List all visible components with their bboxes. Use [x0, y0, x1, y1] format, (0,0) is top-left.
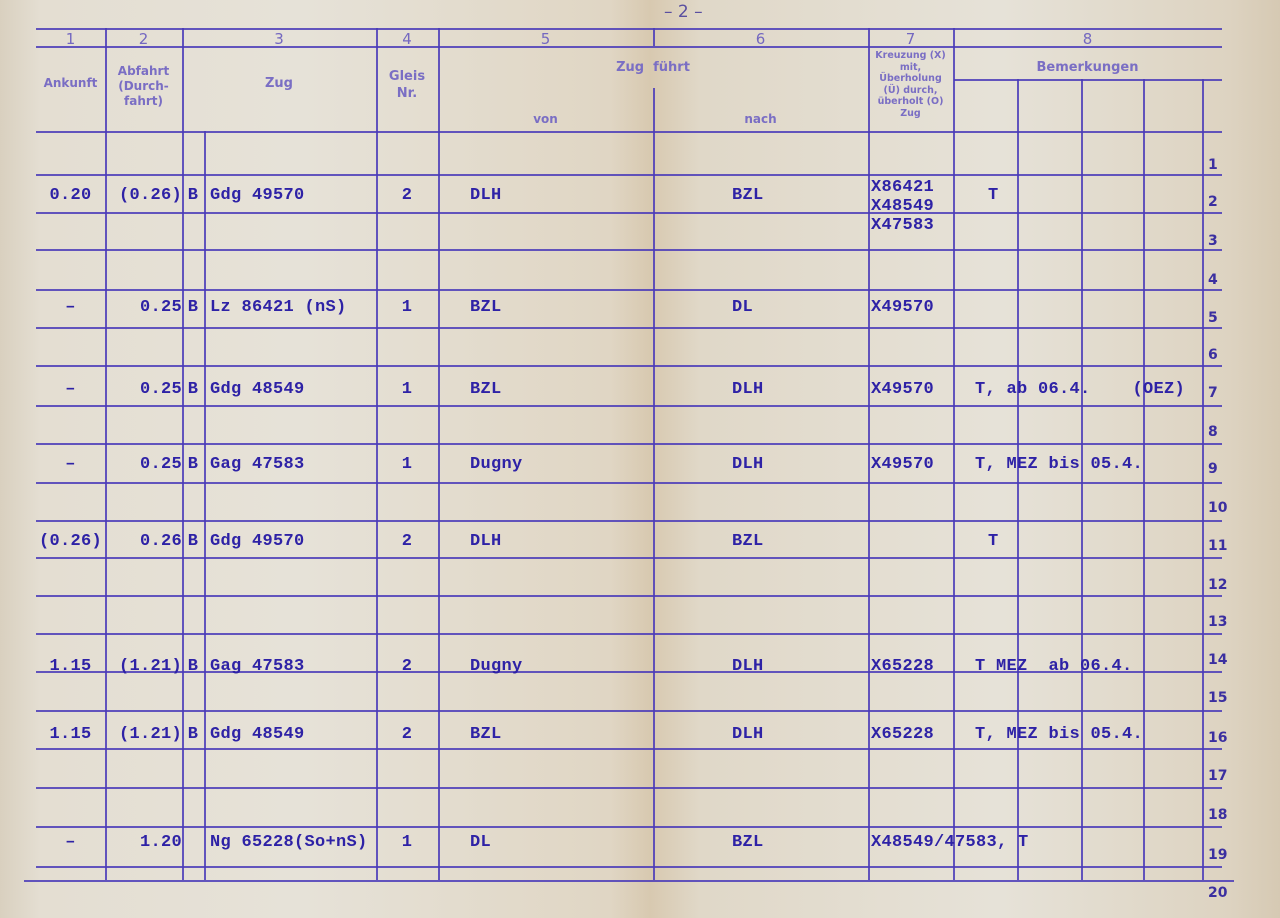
cell-track: 1 — [376, 455, 438, 474]
header-departure-line: (Durch- — [105, 79, 182, 94]
cell-to: DLH — [732, 657, 764, 676]
line-number: 16 — [1208, 730, 1227, 746]
header-departure: Abfahrt (Durch- fahrt) — [105, 64, 182, 109]
cell-to: BZL — [732, 186, 764, 205]
header-crossing-line: Kreuzung (X) — [868, 50, 953, 62]
cell-track: 1 — [376, 833, 438, 852]
rule — [36, 365, 1222, 367]
cell-track: 1 — [376, 298, 438, 317]
header-track-line: Gleis — [376, 68, 438, 85]
column-number: 3 — [182, 30, 376, 48]
cell-train: Gdg 48549 — [210, 380, 370, 399]
line-number: 11 — [1208, 538, 1227, 554]
cell-train: Lz 86421 (nS) — [210, 298, 370, 317]
line-number: 17 — [1208, 768, 1227, 784]
header-track-line: Nr. — [376, 85, 438, 102]
rule — [954, 79, 1222, 81]
rule — [868, 28, 870, 880]
cell-from: DLH — [470, 186, 502, 205]
cell-departure: 0.25 — [108, 380, 182, 399]
cell-arrival: – — [36, 455, 105, 474]
cell-crossing: X49570 — [871, 380, 934, 399]
cell-crossing: X65228 — [871, 657, 934, 676]
cell-flag: B — [183, 186, 203, 205]
cell-remarks: T, MEZ bis 05.4. — [975, 455, 1143, 474]
cell-track: 2 — [376, 532, 438, 551]
cell-crossing: X86421 — [871, 178, 934, 197]
header-crossing-line: Überholung — [868, 73, 953, 85]
header-crossing-line: (Ü) durch, — [868, 85, 953, 97]
cell-arrival: 1.15 — [36, 725, 105, 744]
cell-train: Ng 65228(So+nS) — [210, 833, 370, 852]
rule — [36, 748, 1222, 750]
cell-arrival: – — [36, 298, 105, 317]
line-number: 7 — [1208, 385, 1218, 401]
header-from: von — [438, 112, 653, 126]
rule — [36, 249, 1222, 251]
line-number: 19 — [1208, 847, 1227, 863]
header-arrival: Ankunft — [36, 76, 105, 90]
cell-from: BZL — [470, 725, 502, 744]
header-crossing: Kreuzung (X) mit, Überholung (Ü) durch, … — [868, 50, 953, 119]
cell-from: Dugny — [470, 657, 523, 676]
line-number: 18 — [1208, 807, 1227, 823]
cell-track: 2 — [376, 186, 438, 205]
cell-arrival: – — [36, 380, 105, 399]
line-number: 15 — [1208, 690, 1227, 706]
rule — [36, 289, 1222, 291]
line-number: 13 — [1208, 614, 1227, 630]
cell-departure: (1.21) — [108, 657, 182, 676]
cell-from: DL — [470, 833, 491, 852]
cell-arrival: 0.20 — [36, 186, 105, 205]
rule — [24, 880, 1234, 882]
rule — [438, 28, 440, 880]
rule — [36, 405, 1222, 407]
cell-flag: B — [183, 380, 203, 399]
rule — [36, 327, 1222, 329]
rule — [36, 633, 1222, 635]
header-to: nach — [653, 112, 868, 126]
cell-departure: (0.26) — [108, 186, 182, 205]
line-number: 3 — [1208, 233, 1218, 249]
cell-track: 2 — [376, 657, 438, 676]
cell-to: DLH — [732, 380, 764, 399]
cell-flag: B — [183, 532, 203, 551]
line-number: 6 — [1208, 347, 1218, 363]
header-crossing-line: Zug — [868, 108, 953, 120]
line-number: 10 — [1208, 500, 1227, 516]
rule — [182, 28, 184, 880]
cell-train: Gag 47583 — [210, 657, 370, 676]
rule — [36, 520, 1222, 522]
cell-crossing: X47583 — [871, 216, 934, 235]
rule — [36, 787, 1222, 789]
cell-train: Gdg 49570 — [210, 186, 370, 205]
rule — [953, 28, 955, 880]
header-departure-line: Abfahrt — [105, 64, 182, 79]
cell-flag: B — [183, 455, 203, 474]
page-number: – 2 – — [664, 2, 703, 22]
line-number: 20 — [1208, 885, 1227, 901]
cell-train: Gdg 49570 — [210, 532, 370, 551]
rule — [1017, 79, 1019, 880]
rule — [36, 482, 1222, 484]
line-number: 14 — [1208, 652, 1227, 668]
cell-crossing: X49570 — [871, 455, 934, 474]
cell-departure: 0.25 — [108, 455, 182, 474]
cell-arrival: – — [36, 833, 105, 852]
cell-crossing: X48549 — [871, 197, 934, 216]
header-crossing-line: mit, — [868, 62, 953, 74]
line-number: 1 — [1208, 157, 1218, 173]
cell-to: DL — [732, 298, 753, 317]
rule — [653, 88, 655, 880]
header-train-runs: Zug führt — [438, 60, 868, 75]
line-number: 2 — [1208, 194, 1218, 210]
cell-crossing: X65228 — [871, 725, 934, 744]
cell-departure: 0.25 — [108, 298, 182, 317]
cell-remarks: T, ab 06.4. (OEZ) — [975, 380, 1185, 399]
column-number: 5 — [438, 30, 653, 48]
rule — [36, 826, 1222, 828]
cell-crossing: X49570 — [871, 298, 934, 317]
column-number: 2 — [105, 30, 182, 48]
cell-to: DLH — [732, 725, 764, 744]
rule — [36, 557, 1222, 559]
cell-departure: (1.21) — [108, 725, 182, 744]
cell-flag: B — [183, 657, 203, 676]
cell-arrival: 1.15 — [36, 657, 105, 676]
line-number: 5 — [1208, 310, 1218, 326]
cell-to: DLH — [732, 455, 764, 474]
cell-track: 1 — [376, 380, 438, 399]
rule — [1143, 79, 1145, 880]
rule — [36, 443, 1222, 445]
rule — [36, 131, 1222, 133]
cell-from: Dugny — [470, 455, 523, 474]
rule — [204, 131, 206, 880]
rule — [36, 710, 1222, 712]
header-track: Gleis Nr. — [376, 68, 438, 102]
cell-from: BZL — [470, 380, 502, 399]
cell-to: BZL — [732, 833, 764, 852]
cell-remarks: T — [988, 532, 999, 551]
column-number: 1 — [36, 30, 105, 48]
cell-flag: B — [183, 298, 203, 317]
rule — [36, 212, 1222, 214]
column-number: 6 — [653, 30, 868, 48]
column-number: 7 — [868, 30, 953, 48]
cell-departure: 1.20 — [108, 833, 182, 852]
header-train: Zug — [182, 76, 376, 91]
column-number: 8 — [953, 30, 1222, 48]
cell-flag: B — [183, 725, 203, 744]
rule — [376, 28, 378, 880]
cell-train: Gag 47583 — [210, 455, 370, 474]
cell-from: BZL — [470, 298, 502, 317]
cell-remarks: T — [988, 186, 999, 205]
cell-track: 2 — [376, 725, 438, 744]
cell-from: DLH — [470, 532, 502, 551]
line-number: 9 — [1208, 461, 1218, 477]
line-number: 12 — [1208, 577, 1227, 593]
cell-train: Gdg 48549 — [210, 725, 370, 744]
header-remarks: Bemerkungen — [953, 60, 1222, 75]
rule — [36, 595, 1222, 597]
cell-remarks: T, MEZ bis 05.4. — [975, 725, 1143, 744]
cell-to: BZL — [732, 532, 764, 551]
rule — [36, 174, 1222, 176]
line-number: 4 — [1208, 272, 1218, 288]
cell-remarks: T MEZ ab 06.4. — [975, 657, 1133, 676]
header-departure-line: fahrt) — [105, 94, 182, 109]
rule — [36, 866, 1222, 868]
header-crossing-line: überholt (O) — [868, 96, 953, 108]
rule — [105, 28, 107, 880]
line-number: 8 — [1208, 424, 1218, 440]
cell-crossing: X48549/47583, T — [871, 833, 1029, 852]
cell-arrival: (0.26) — [36, 532, 105, 551]
rule — [1202, 79, 1204, 880]
column-number: 4 — [376, 30, 438, 48]
rule — [1081, 79, 1083, 880]
cell-departure: 0.26 — [108, 532, 182, 551]
